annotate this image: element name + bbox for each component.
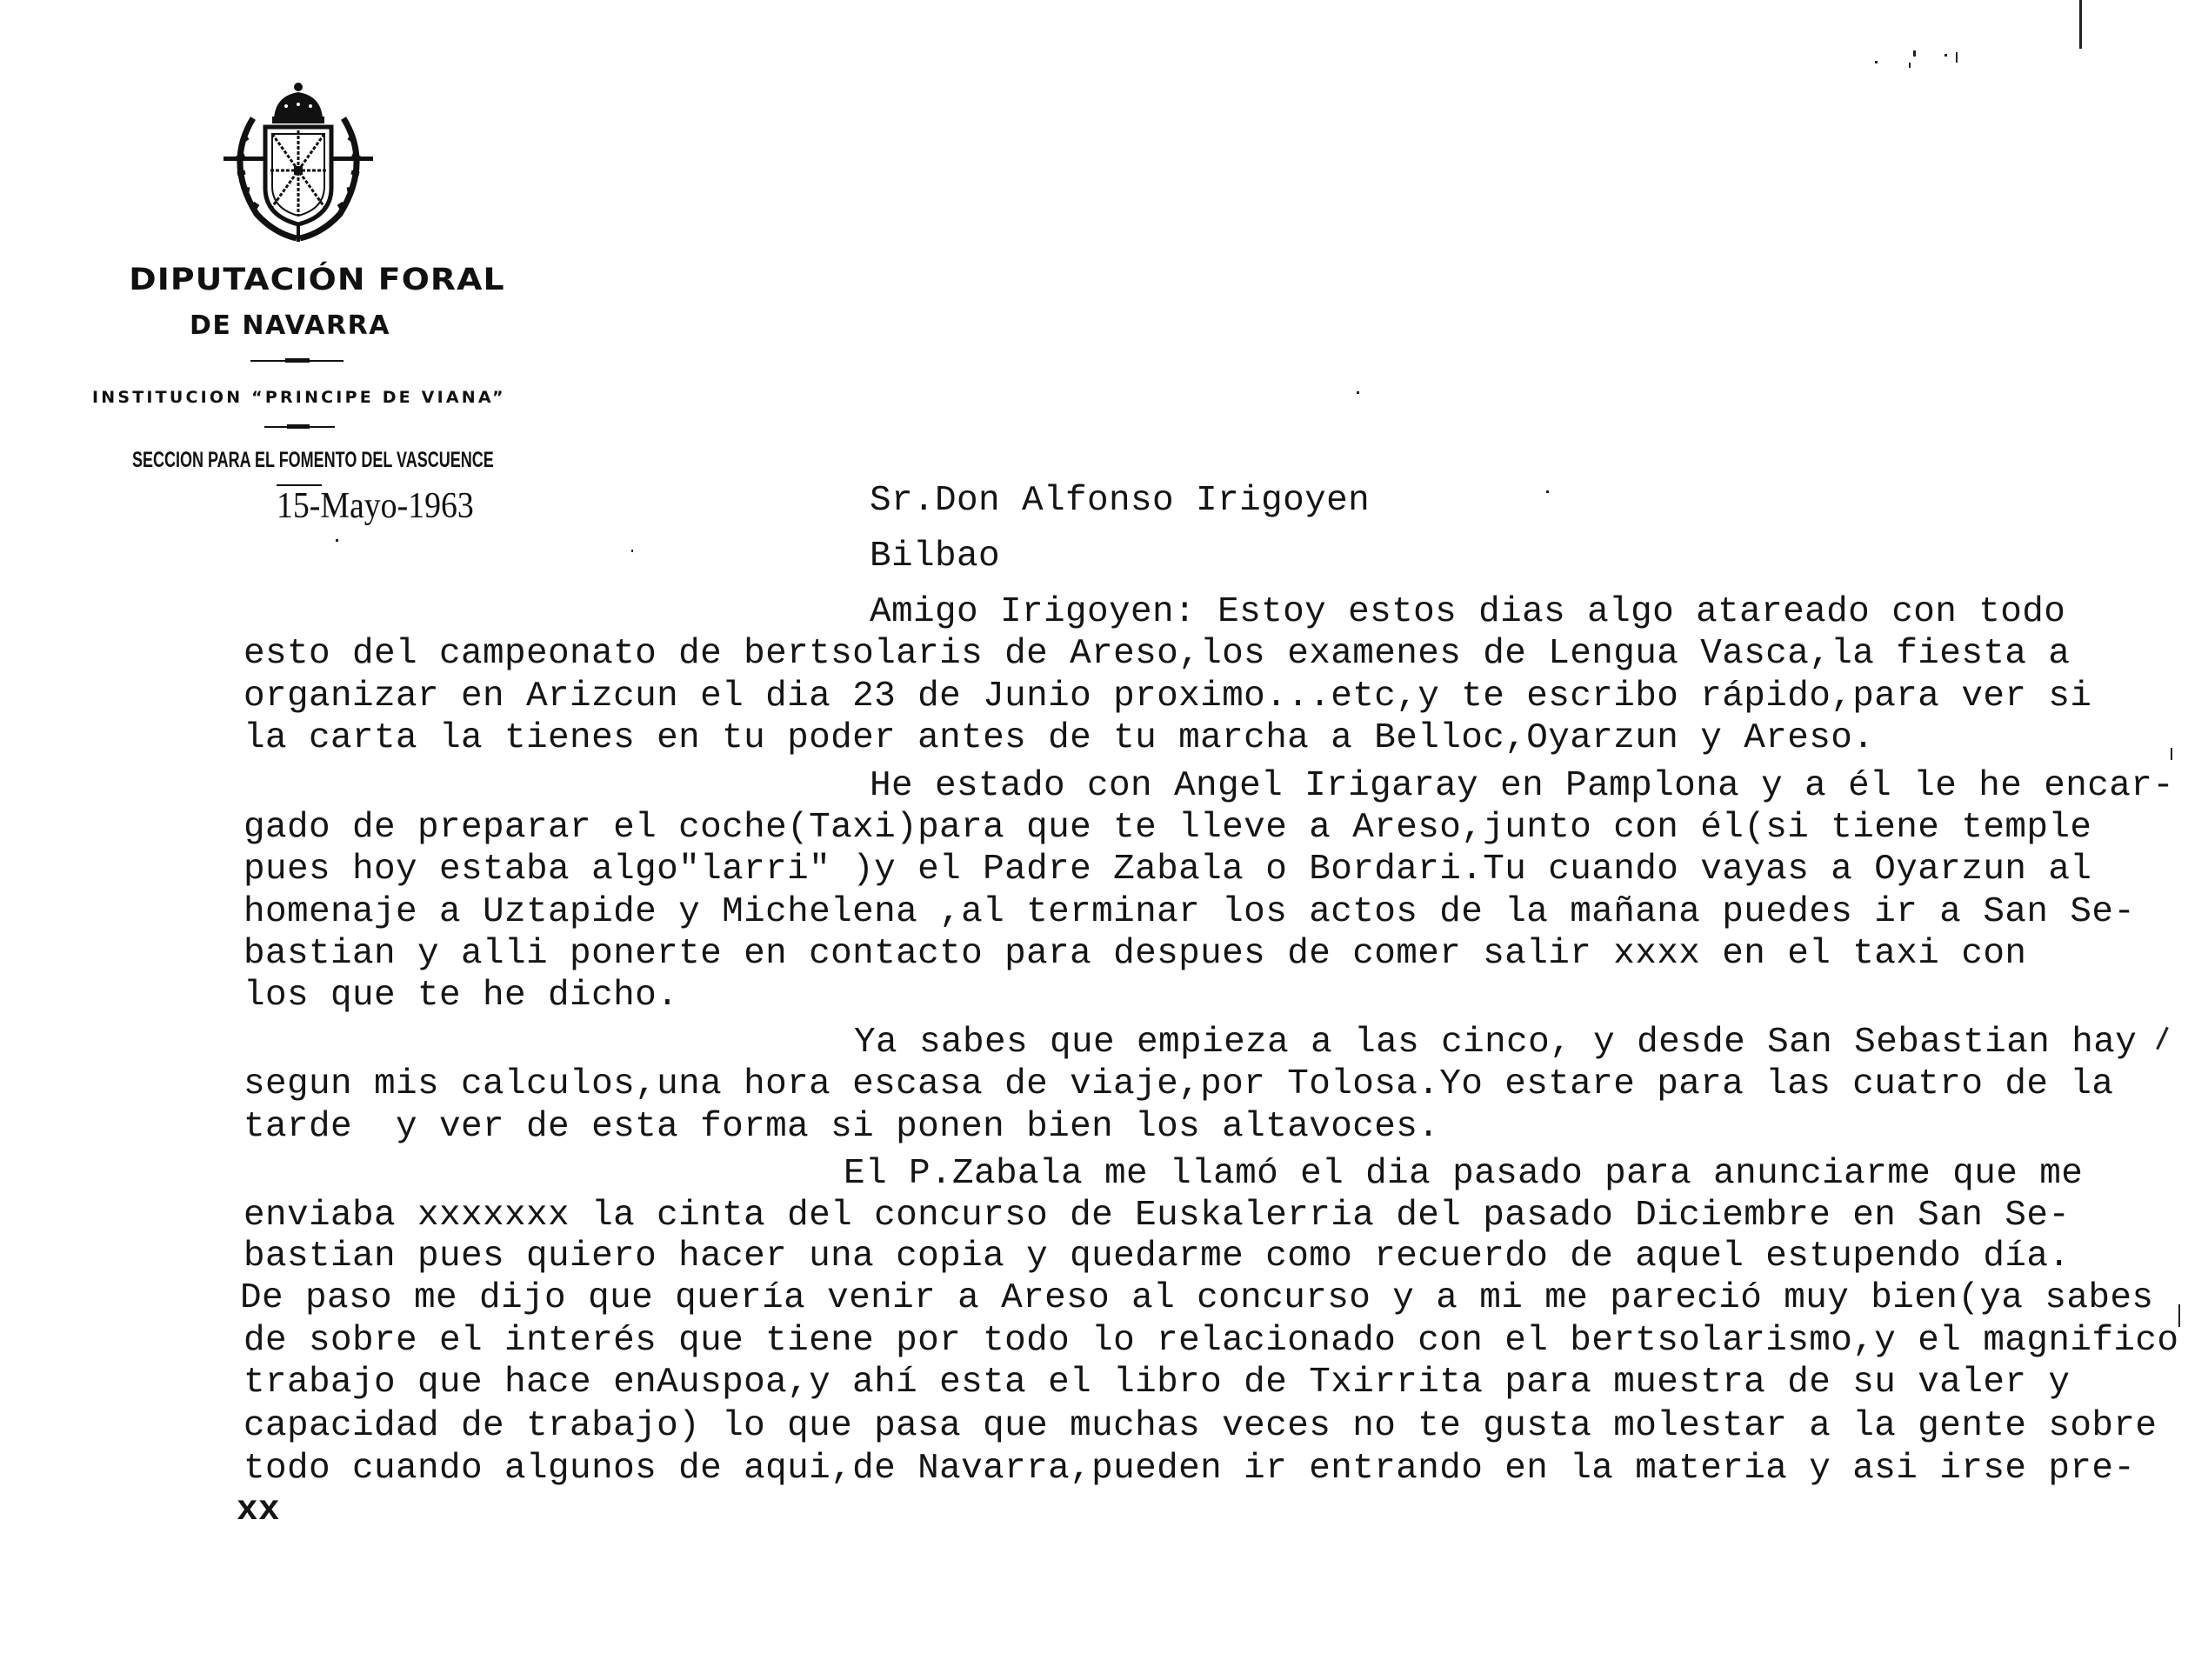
letterhead-divider [250, 360, 344, 362]
scan-mark [2156, 1027, 2169, 1050]
body-line: De paso me dijo que quería venir a Areso… [240, 1281, 2153, 1317]
letterhead-section: SECCION PARA EL FOMENTO DEL VASCUENCE [132, 448, 494, 473]
body-line: tarde y ver de esta forma si ponen bien … [243, 1110, 1439, 1145]
body-line: trabajo que hace enAuspoa,y ahí esta el … [243, 1365, 2070, 1401]
scan-mark [1913, 50, 1916, 57]
scan-mark [631, 550, 633, 552]
scan-mark [1546, 490, 1549, 493]
recipient-name: Sr.Don Alfonso Irigoyen [870, 483, 1370, 519]
letterhead-institution: INSTITUCION “PRINCIPE DE VIANA” [92, 388, 506, 407]
body-line: esto del campeonato de bertsolaris de Ar… [243, 637, 2070, 672]
scan-mark [1956, 52, 1958, 63]
letterhead-title: DIPUTACIÓN FORAL [89, 263, 545, 297]
body-line: gado de preparar el coche(Taxi)para que … [243, 810, 2091, 846]
body-line: los que te he dicho. [243, 978, 678, 1014]
body-line: El P.Zabala me llamó el dia pasado para … [844, 1157, 2083, 1192]
body-line: bastian y alli ponerte en contacto para … [243, 937, 2026, 972]
letterhead-divider [264, 426, 335, 428]
body-line: enviaba xxxxxxx la cinta del concurso de… [243, 1198, 2070, 1234]
scan-mark [1357, 391, 1359, 394]
body-line: homenaje a Uztapide y Michelena ,al term… [243, 895, 2135, 930]
scan-mark [2171, 748, 2172, 760]
scan-mark [336, 539, 338, 542]
scan-mark [2178, 1304, 2180, 1327]
recipient-city: Bilbao [870, 539, 1000, 575]
scan-mark [1945, 54, 1947, 57]
letterhead-subtitle: DE NAVARRA [190, 310, 390, 341]
scan-mark [1909, 63, 1911, 68]
scan-mark [2079, 0, 2082, 49]
body-line: Ya sabes que empieza a las cinco, y desd… [854, 1025, 2137, 1061]
scan-mark [1875, 61, 1878, 63]
body-line: de sobre el interés que tiene por todo l… [243, 1323, 2178, 1359]
body-line: xx [237, 1493, 280, 1529]
body-line: todo cuando algunos de aqui,de Navarra,p… [243, 1451, 2135, 1487]
body-line: capacidad de trabajo) lo que pasa que mu… [243, 1409, 2157, 1444]
coat-of-arms-icon [222, 77, 375, 243]
body-line: bastian pues quiero hacer una copia y qu… [243, 1239, 2070, 1275]
body-line: segun mis calculos,una hora escasa de vi… [243, 1067, 2113, 1103]
letter-date: 15-Mayo-1963 [277, 485, 474, 527]
body-line: Amigo Irigoyen: Estoy estos dias algo at… [870, 595, 2065, 630]
body-line: la carta la tienes en tu poder antes de … [243, 721, 1874, 757]
body-line: He estado con Angel Irigaray en Pamplona… [870, 769, 2174, 804]
body-line: organizar en Arizcun el dia 23 de Junio … [243, 679, 2091, 715]
body-line: pues hoy estaba algo"larri" )y el Padre … [243, 852, 2091, 888]
